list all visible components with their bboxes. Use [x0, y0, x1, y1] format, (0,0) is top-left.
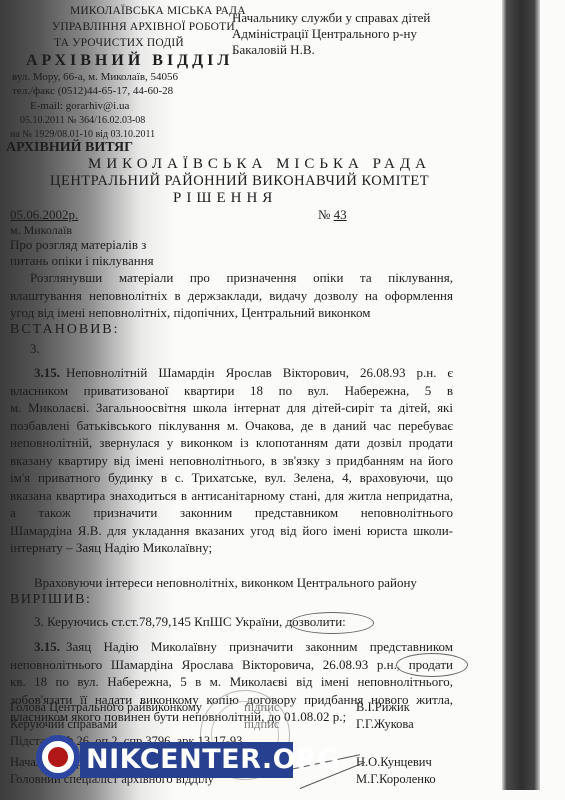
established-line: а також призначити законним представнико… [10, 504, 453, 522]
established-line: вказана квартира знаходиться в антисаніт… [10, 487, 453, 505]
conclusion-line: Враховуючи інтереси неповнолітніх, викон… [34, 574, 417, 592]
watermark-text: NIKCENTER.ORG [80, 742, 293, 778]
addressee-line-2: Адміністрації Центрального р-ну [232, 26, 417, 41]
scan-shadow-right [502, 0, 540, 790]
preamble-line: влаштування неповнолітніх в держзаклади,… [10, 287, 453, 305]
established-line: Неповнолітній Шамардін Ярослав Вікторови… [66, 364, 453, 382]
signature-name: В.І.Рижик [356, 700, 410, 715]
signature-role: Голова Центрального райвиконкому [10, 700, 202, 715]
addressee-line-3: Бакаловій Н.В. [232, 42, 315, 57]
letterhead-department-2: ТА УРОЧИСТИХ ПОДІЙ [54, 37, 184, 50]
letterhead-outgoing-number: 05.10.2011 № 364/16.02.03-08 [20, 114, 145, 127]
watermark-logo-dot [48, 747, 68, 767]
letterhead-department: УПРАВЛІННЯ АРХІВНОЇ РОБОТИ [52, 21, 235, 34]
letterhead-council: МИКОЛАЇВСЬКА МІСЬКА РАДА [70, 5, 246, 18]
document-type: АРХІВНИЙ ВИТЯГ [6, 140, 133, 156]
subject-line-2: питань опіки і піклування [10, 252, 154, 270]
decided-heading: ВИРІШИВ: [10, 591, 91, 609]
preamble-line: угод від імені неповнолітніх, підопічних… [10, 304, 370, 322]
number-value: 43 [334, 207, 347, 222]
decision-number: № 43 [318, 206, 347, 224]
addressee-line-1: Начальнику служби у справах дітей [232, 10, 430, 25]
signature-name: Г.Г.Жукова [356, 717, 414, 732]
number-label: № [318, 207, 330, 222]
item-number: 3.15. [34, 364, 60, 382]
established-heading: ВСТАНОВИВ: [10, 321, 120, 339]
established-line: Шамардіна Я.В. для укладання вказаних уг… [10, 522, 453, 540]
established-line: ім'я приватного будинку в с. Трихатське,… [10, 469, 453, 487]
established-line: вказану квартиру від імені неповнолітньо… [10, 452, 453, 470]
letterhead-phone: тел./факс (0512)44-65-17, 44-60-28 [12, 85, 173, 98]
established-line: позбавлені батьківського піклування м. О… [10, 417, 453, 435]
council-title: МИКОЛАЇВСЬКА МІСЬКА РАДА [88, 156, 431, 173]
established-line: неповнолітній, звернулася у виконком із … [10, 434, 453, 452]
decided-line: Заяц Надію Миколаївну призначити законни… [66, 638, 453, 656]
preamble-line: Розглянувши матеріали про призначення оп… [30, 269, 453, 287]
subject-line-1: Про розгляд матеріалів з [10, 236, 146, 254]
established-line: м. Миколаєві. Загальноосвітня школа інте… [10, 399, 453, 417]
established-line: інтернату – Заяц Надію Миколаївну; [10, 539, 212, 557]
letterhead-address: вул. Мору, 66-а, м. Миколаїв, 54056 [12, 71, 178, 84]
established-line: власником приватизованої квартири 18 по … [10, 382, 453, 400]
section-number: 3. [30, 340, 40, 358]
signature-role: Керуючий справами [10, 717, 117, 732]
archive-department-title: АРХІВНИЙ ВІДДІЛ [26, 52, 233, 70]
letterhead-email: E-mail: gorarhiv@i.ua [30, 100, 129, 113]
archive-signature-name: М.Г.Короленко [356, 772, 436, 787]
decision-date: 05.06.2002р. [10, 206, 78, 224]
decision-title: РІШЕННЯ [173, 190, 277, 207]
signature-mark: підпис [244, 700, 279, 715]
handwritten-oval-mark [290, 612, 374, 634]
decided-item-number: 3.15. [34, 638, 60, 656]
signature-mark: підпис [244, 717, 279, 732]
decided-line: кв. 18 по вул. Набережна, 5 в м. Миколає… [10, 673, 453, 691]
archive-signature-name: Н.О.Кунцевич [356, 755, 432, 770]
decided-line: неповнолітнього Шамардіна Ярослава Вікто… [10, 656, 453, 674]
committee-title: ЦЕНТРАЛЬНИЙ РАЙОННИЙ ВИКОНАВЧИЙ КОМІТЕТ [50, 173, 429, 190]
